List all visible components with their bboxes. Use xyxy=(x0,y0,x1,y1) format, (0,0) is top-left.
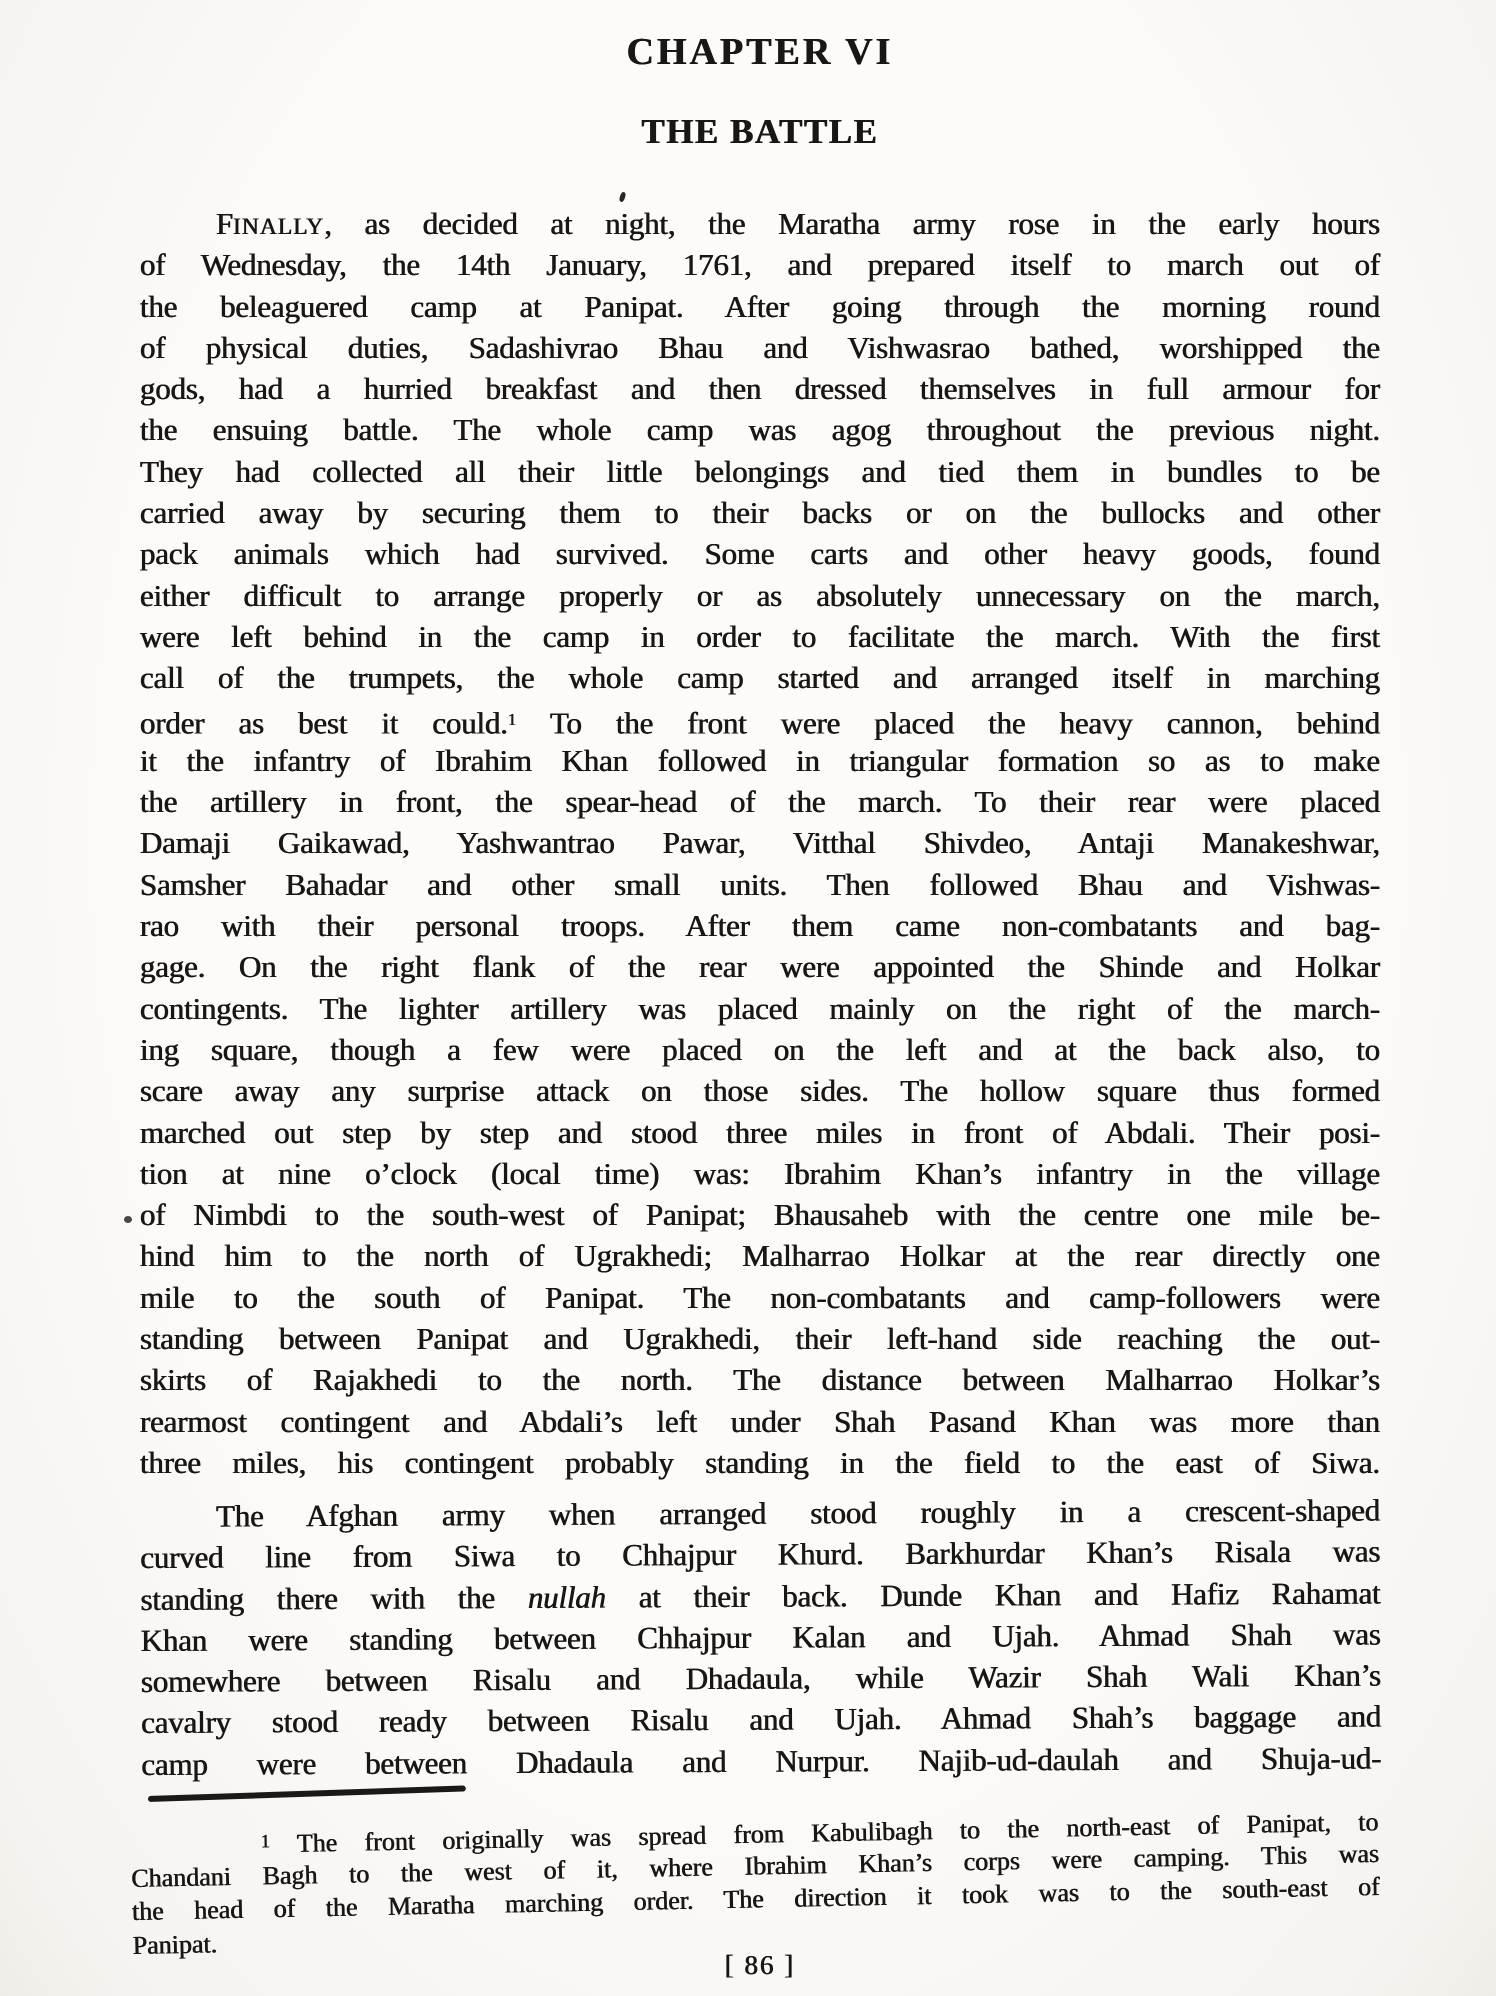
text-line: of Nimbdi to the south-west of Panipat; … xyxy=(140,1194,1380,1235)
text-line: of physical duties, Sadashivrao Bhau and… xyxy=(140,327,1380,368)
text-line: the ensuing battle. The whole camp was a… xyxy=(140,409,1380,450)
body-paragraph-2: The Afghan army when arranged stood roug… xyxy=(140,1490,1381,1786)
text-line: standing there with the nullah at their … xyxy=(140,1572,1380,1620)
text-line: rearmost contingent and Abdali’s left un… xyxy=(140,1401,1380,1442)
footnote: 1 The front originally was spread from K… xyxy=(130,1803,1380,1962)
text-line: marched out step by step and stood three… xyxy=(140,1112,1380,1153)
text-line: cavalry stood ready between Risalu and U… xyxy=(141,1696,1381,1744)
text-line: it the infantry of Ibrahim Khan followed… xyxy=(140,740,1380,781)
text-line: gods, had a hurried breakfast and then d… xyxy=(140,368,1380,409)
text-line: three miles, his contingent probably sta… xyxy=(140,1442,1380,1483)
book-page: CHAPTER VI THE BATTLE FINALLY, as decide… xyxy=(0,0,1496,1996)
text-line: call of the trumpets, the whole camp sta… xyxy=(140,657,1380,698)
text-line: were left behind in the camp in order to… xyxy=(140,616,1380,657)
text-line: hind him to the north of Ugrakhedi; Malh… xyxy=(140,1235,1380,1276)
text-line: gage. On the right flank of the rear wer… xyxy=(140,946,1380,987)
text-line: They had collected all their little belo… xyxy=(140,451,1380,492)
text-line: Damaji Gaikawad, Yashwantrao Pawar, Vitt… xyxy=(140,822,1380,863)
text-line: FINALLY, as decided at night, the Marath… xyxy=(140,203,1380,244)
text-line: curved line from Siwa to Chhajpur Khurd.… xyxy=(140,1531,1380,1579)
text-line: somewhere between Risalu and Dhadaula, w… xyxy=(141,1655,1381,1703)
text-line: standing between Panipat and Ugrakhedi, … xyxy=(140,1318,1380,1359)
chapter-title: THE BATTLE xyxy=(140,112,1380,152)
text-line: order as best it could.1 To the front we… xyxy=(140,699,1380,740)
ink-speck xyxy=(124,1216,132,1223)
chapter-heading: CHAPTER VI xyxy=(140,30,1380,74)
text-line: mile to the south of Panipat. The non-co… xyxy=(140,1277,1380,1318)
text-line: tion at nine o’clock (local time) was: I… xyxy=(140,1153,1380,1194)
body-paragraph-1: FINALLY, as decided at night, the Marath… xyxy=(140,203,1380,1483)
text-line: of Wednesday, the 14th January, 1761, an… xyxy=(140,244,1380,285)
text-line: rao with their personal troops. After th… xyxy=(140,905,1380,946)
text-line: Khan were standing between Chhajpur Kala… xyxy=(141,1613,1381,1661)
text-line: either difficult to arrange properly or … xyxy=(140,575,1380,616)
page-number: [ 86 ] xyxy=(140,1950,1380,1981)
text-line: pack animals which had survived. Some ca… xyxy=(140,533,1380,574)
ink-speck xyxy=(619,191,627,202)
text-line: skirts of Rajakhedi to the north. The di… xyxy=(140,1359,1380,1400)
text-line: Samsher Bahadar and other small units. T… xyxy=(140,864,1380,905)
text-line: scare away any surprise attack on those … xyxy=(140,1070,1380,1111)
footnote-divider xyxy=(148,1785,466,1802)
text-line: carried away by securing them to their b… xyxy=(140,492,1380,533)
text-line: The Afghan army when arranged stood roug… xyxy=(140,1490,1380,1538)
text-line: contingents. The lighter artillery was p… xyxy=(140,988,1380,1029)
text-line: camp were between Dhadaula and Nurpur. N… xyxy=(141,1737,1381,1785)
text-line: the artillery in front, the spear-head o… xyxy=(140,781,1380,822)
text-line: ing square, though a few were placed on … xyxy=(140,1029,1380,1070)
text-line: the beleaguered camp at Panipat. After g… xyxy=(140,286,1380,327)
